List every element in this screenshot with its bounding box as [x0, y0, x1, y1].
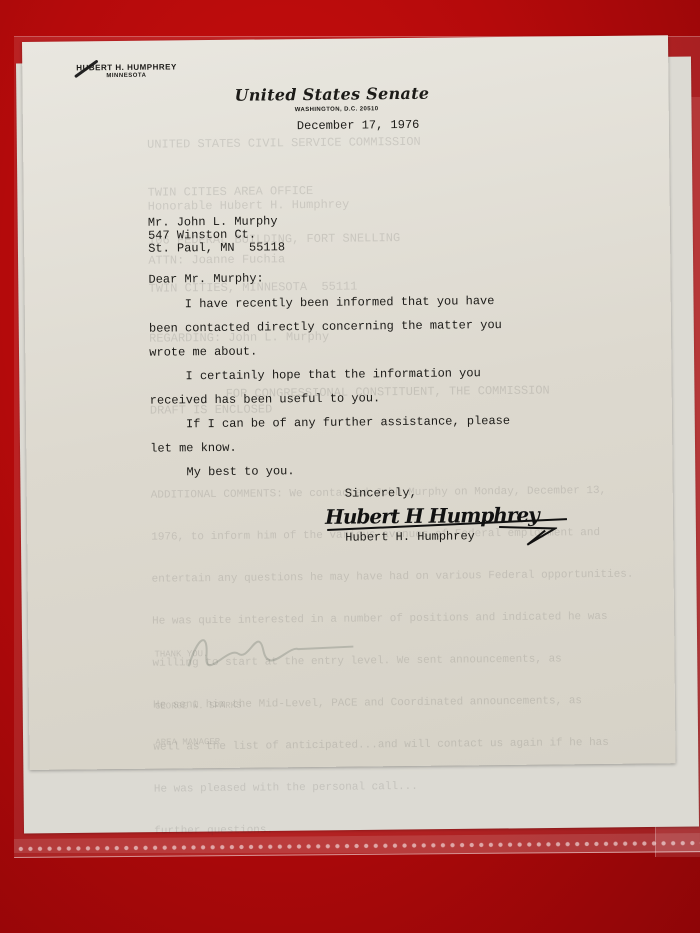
letterhead-sender-state: MINNESOTA [106, 73, 146, 79]
bleed-through-fragment: Honorable Hubert H. Humphrey [148, 197, 350, 215]
closing: Sincerely, [345, 486, 417, 501]
letter-body: I have recently been informed that you h… [149, 288, 571, 484]
recipient-address: Mr. John L. Murphy 547 Winston Ct. St. P… [148, 215, 285, 255]
salutation: Dear Mr. Murphy: [148, 271, 263, 286]
body-line: My best to you. [150, 456, 570, 484]
bleed-through-signature [178, 625, 359, 677]
letter-date: December 17, 1976 [297, 118, 420, 133]
letter-page: UNITED STATES CIVIL SERVICE COMMISSION T… [22, 35, 676, 770]
signer-typed-name: Hubert H. Humphrey [345, 529, 475, 544]
body-line: If I can be of any further assistance, p… [150, 408, 570, 436]
letterhead-institution: United States Senate [234, 84, 429, 105]
letterhead-sender-name: HUBERT H. HUMPHREY [76, 62, 177, 72]
letterhead-city: WASHINGTON, D.C. 20510 [295, 106, 379, 113]
signature-flourish [497, 524, 557, 547]
recipient-city: St. Paul, MN 55118 [148, 241, 285, 255]
